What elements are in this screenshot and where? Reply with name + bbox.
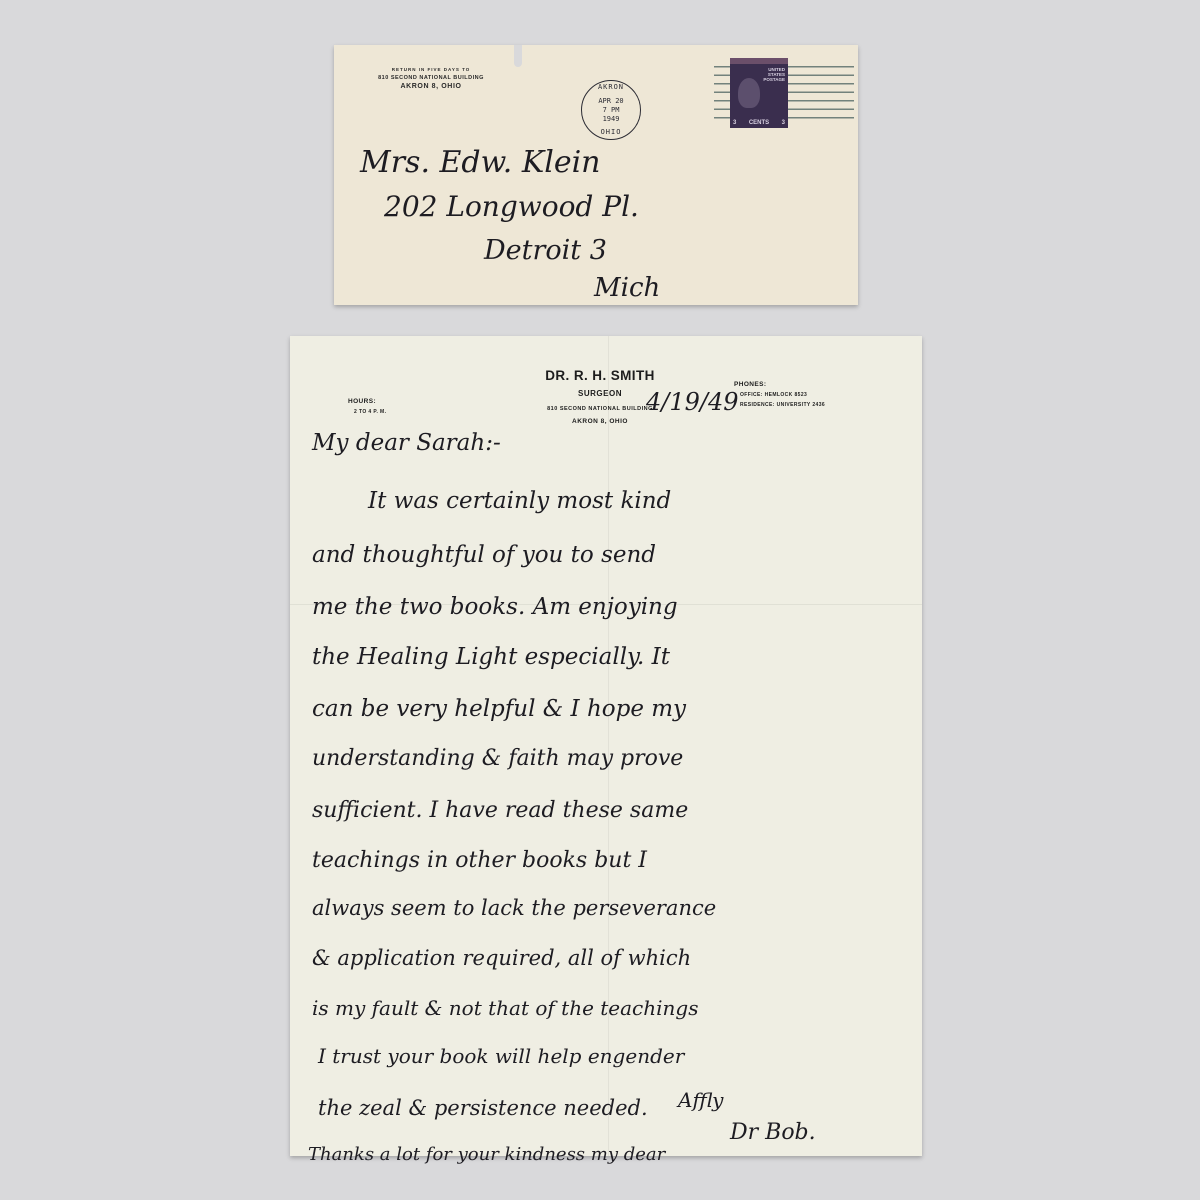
- stamp-value-text: CENTS: [749, 120, 769, 126]
- letterhead-city: AKRON 8, OHIO: [500, 418, 700, 425]
- stamp-value-left: 3: [733, 120, 736, 126]
- letterhead-name: DR. R. H. SMITH: [500, 368, 700, 383]
- postmark-city: AKRON: [582, 83, 640, 92]
- return-address-line3: AKRON 8, OHIO: [356, 83, 506, 90]
- body-line: understanding & faith may prove: [312, 746, 683, 771]
- hours-value: 2 TO 4 P. M.: [354, 409, 386, 415]
- salutation: My dear Sarah:-: [312, 430, 501, 456]
- phone-office: OFFICE: HEMLOCK 8523: [740, 392, 825, 398]
- body-line: is my fault & not that of the teachings: [312, 996, 698, 1020]
- body-line: I trust your book will help engender: [318, 1044, 684, 1068]
- envelope: RETURN IN FIVE DAYS TO 810 SECOND NATION…: [334, 45, 858, 305]
- stamp-value: 3 CENTS 3: [733, 120, 785, 126]
- postmark: AKRON APR 20 7 PM 1949 OHIO: [581, 80, 641, 140]
- body-line: can be very helpful & I hope my: [312, 696, 686, 722]
- body-line: teachings in other books but I: [312, 848, 647, 873]
- recipient-state: Mich: [594, 273, 660, 303]
- body-line: sufficient. I have read these same: [312, 798, 688, 823]
- body-line: It was certainly most kind: [368, 488, 671, 514]
- envelope-tear: [514, 45, 522, 67]
- letter-date: 4/19/49: [646, 388, 739, 416]
- letter: DR. R. H. SMITH SURGEON 810 SECOND NATIO…: [290, 336, 922, 1156]
- letterhead-hours: HOURS: 2 TO 4 P. M.: [348, 398, 386, 415]
- signature: Dr Bob.: [730, 1120, 816, 1145]
- return-address-line1: RETURN IN FIVE DAYS TO: [356, 67, 506, 72]
- return-address-line2: 810 SECOND NATIONAL BUILDING: [356, 75, 506, 81]
- postmark-time: 7 PM: [582, 106, 640, 115]
- body-line: me the two books. Am enjoying: [312, 594, 678, 620]
- postage-stamp: UNITED STATES POSTAGE 3 CENTS 3: [730, 58, 788, 128]
- body-line: & application required, all of which: [312, 946, 691, 970]
- recipient-street: 202 Longwood Pl.: [384, 190, 639, 223]
- portrait-icon: [738, 78, 760, 108]
- recipient-name: Mrs. Edw. Klein: [360, 145, 601, 180]
- body-line: the Healing Light especially. It: [312, 644, 670, 670]
- body-line: always seem to lack the perseverance: [312, 896, 716, 920]
- hours-label: HOURS:: [348, 398, 386, 405]
- postmark-year: 1949: [582, 115, 640, 124]
- postmark-date: APR 20 7 PM 1949: [582, 97, 640, 124]
- postmark-day: APR 20: [582, 97, 640, 106]
- postmark-state: OHIO: [582, 128, 640, 137]
- phone-residence: RESIDENCE: UNIVERSITY 2436: [740, 402, 825, 408]
- body-line: the zeal & persistence needed.: [318, 1096, 648, 1120]
- closing: Affly: [678, 1088, 723, 1112]
- stamp-value-right: 3: [782, 120, 785, 126]
- phones-label: PHONES:: [734, 381, 825, 388]
- body-line: and thoughtful of you to send: [312, 542, 656, 568]
- stamp-country: UNITED STATES POSTAGE: [759, 67, 785, 82]
- return-address: RETURN IN FIVE DAYS TO 810 SECOND NATION…: [356, 67, 506, 90]
- body-line: Thanks a lot for your kindness my dear: [308, 1144, 665, 1165]
- letterhead-phones: PHONES: OFFICE: HEMLOCK 8523 RESIDENCE: …: [734, 381, 825, 408]
- recipient-city: Detroit 3: [484, 235, 607, 266]
